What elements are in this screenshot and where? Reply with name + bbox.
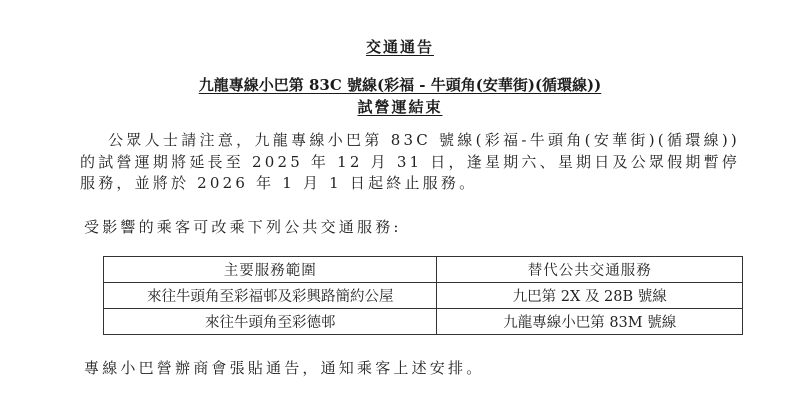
notice-title-line1-text: 九龍專線小巴第 83C 號線(彩福 - 牛頭角(安華街)(循環線)) — [199, 76, 602, 94]
notice-heading: 交通通告 — [0, 36, 800, 57]
notice-title-line2-text: 試營運結束 — [357, 98, 442, 116]
alternative-intro: 受影響的乘客可改乘下列公共交通服務: — [84, 216, 402, 237]
cell-service-area: 來往牛頭角至彩德邨 — [104, 309, 437, 335]
cell-service-area: 來往牛頭角至彩福邨及彩興路簡約公屋 — [104, 283, 437, 309]
body-paragraph: 公眾人士請注意，九龍專線小巴第 83C 號線(彩福-牛頭角(安華街)(循環線))… — [80, 130, 740, 195]
cell-alternative-service: 九巴第 2X 及 28B 號線 — [437, 283, 743, 309]
header-service-area: 主要服務範圍 — [104, 257, 437, 283]
table-header-row: 主要服務範圍 替代公共交通服務 — [104, 257, 743, 283]
table-row: 來往牛頭角至彩德邨 九龍專線小巴第 83M 號線 — [104, 309, 743, 335]
notice-title-line2: 試營運結束 — [0, 96, 800, 117]
cell-alternative-service: 九龍專線小巴第 83M 號線 — [437, 309, 743, 335]
notice-heading-text: 交通通告 — [366, 38, 434, 56]
header-alternative-service: 替代公共交通服務 — [437, 257, 743, 283]
table-row: 來往牛頭角至彩福邨及彩興路簡約公屋 九巴第 2X 及 28B 號線 — [104, 283, 743, 309]
notice-title-line1: 九龍專線小巴第 83C 號線(彩福 - 牛頭角(安華街)(循環線)) — [0, 74, 800, 95]
footer-note: 專線小巴營辦商會張貼通告，通知乘客上述安排。 — [84, 357, 484, 378]
alternative-services-table: 主要服務範圍 替代公共交通服務 來往牛頭角至彩福邨及彩興路簡約公屋 九巴第 2X… — [103, 256, 743, 335]
